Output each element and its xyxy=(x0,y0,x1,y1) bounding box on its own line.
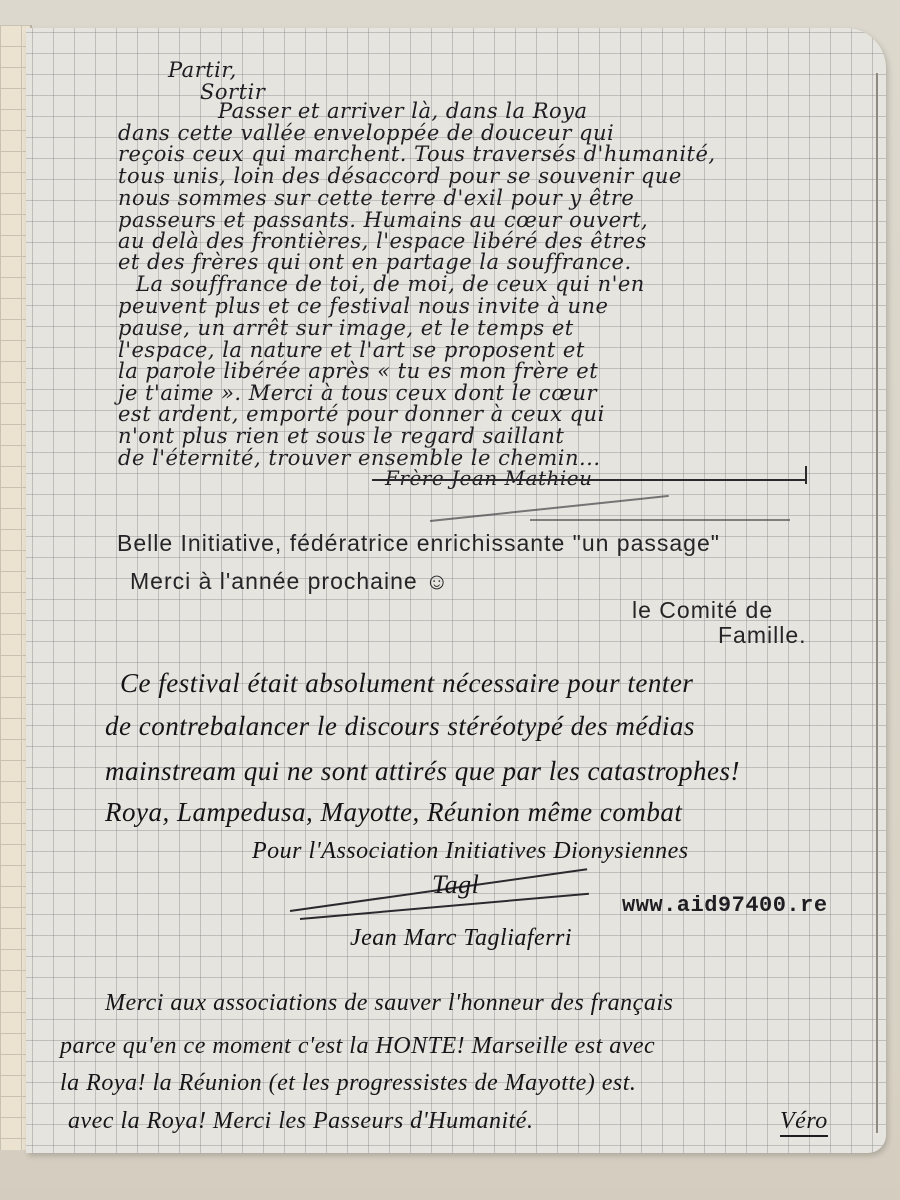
signature-tick xyxy=(805,466,807,484)
signature-stroke xyxy=(372,479,807,481)
handwritten-line: est ardent, emporté pour donner à ceux q… xyxy=(118,402,605,426)
handwritten-line: parce qu'en ce moment c'est la HONTE! Ma… xyxy=(60,1033,655,1060)
handwritten-line: Ce festival était absolument nécessaire … xyxy=(120,668,693,699)
signature: Véro xyxy=(780,1108,828,1137)
handwritten-line: Roya, Lampedusa, Mayotte, Réunion même c… xyxy=(105,797,682,828)
signature: Frère Jean Mathieu xyxy=(385,466,592,490)
handwritten-line: de contrebalancer le discours stéréotypé… xyxy=(105,711,695,742)
handwritten-line: Passer et arriver là, dans la Roya xyxy=(218,99,588,123)
handwritten-line: et des frères qui ont en partage la souf… xyxy=(118,250,632,274)
handwritten-line: peuvent plus et ce festival nous invite … xyxy=(118,294,608,318)
signature-line: le Comité de xyxy=(632,597,773,624)
handwritten-line: n'ont plus rien et sous le regard sailla… xyxy=(118,424,564,448)
signature-line: Famille. xyxy=(718,622,807,649)
handwritten-line: Merci aux associations de sauver l'honne… xyxy=(105,990,673,1017)
handwritten-line: la parole libérée après « tu es mon frèr… xyxy=(118,359,598,383)
handwritten-line: Merci à l'année prochaine ☺ xyxy=(130,568,450,595)
handwritten-line: tous unis, loin des désaccord pour se so… xyxy=(118,164,682,188)
signature-initials: Tagl xyxy=(432,870,479,900)
handwritten-line: la Roya! la Réunion (et les progressiste… xyxy=(60,1070,636,1097)
handwritten-line: avec la Roya! Merci les Passeurs d'Human… xyxy=(68,1108,533,1135)
handwritten-line: nous sommes sur cette terre d'exil pour … xyxy=(118,186,634,210)
handwritten-line: Partir, xyxy=(168,58,237,82)
handwritten-line: mainstream qui ne sont attirés que par l… xyxy=(105,756,740,787)
handwritten-line: Belle Initiative, fédératrice enrichissa… xyxy=(117,530,720,557)
handwritten-line: La souffrance de toi, de moi, de ceux qu… xyxy=(136,272,645,296)
signature: Jean Marc Tagliaferri xyxy=(350,925,572,952)
organization-line: Pour l'Association Initiatives Dionysien… xyxy=(252,838,689,865)
handwritten-line: reçois ceux qui marchent. Tous traversés… xyxy=(118,142,716,166)
page-right-edge xyxy=(876,73,878,1133)
stray-line xyxy=(530,519,790,521)
handwritten-line: pause, un arrêt sur image, et le temps e… xyxy=(118,316,574,340)
website-url: www.aid97400.re xyxy=(622,893,828,918)
